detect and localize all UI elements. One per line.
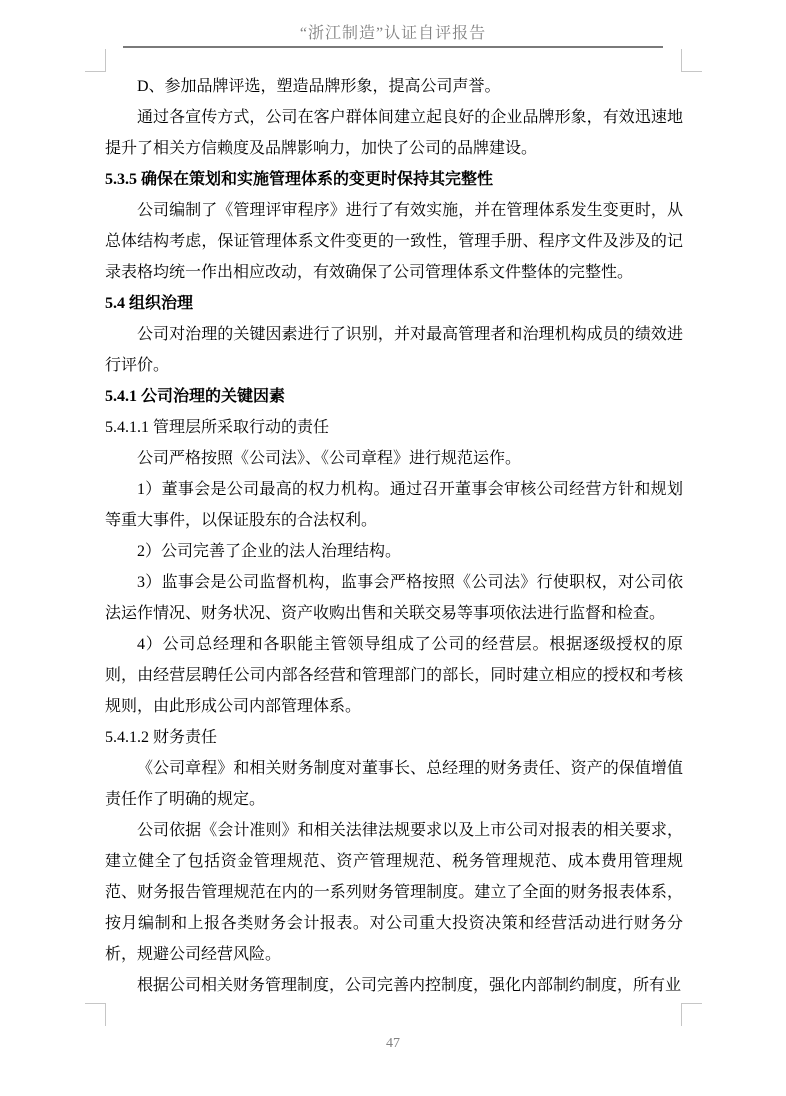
page-header: “浙江制造”认证自评报告 <box>0 20 786 43</box>
crop-mark-top-right <box>681 49 702 72</box>
body-paragraph: 2）公司完善了企业的法人治理结构。 <box>105 536 683 567</box>
crop-mark-bottom-right <box>681 1003 702 1026</box>
body-paragraph: 4）公司总经理和各职能主管领导组成了公司的经营层。根据逐级授权的原则，由经营层聘… <box>105 629 683 722</box>
body-paragraph: 公司编制了《管理评审程序》进行了有效实施，并在管理体系发生变更时，从总体结构考虑… <box>105 195 683 288</box>
page-number: 47 <box>386 1036 400 1051</box>
section-heading: 5.4.1 公司治理的关键因素 <box>105 381 683 412</box>
document-body: D、参加品牌评选，塑造品牌形象，提高公司声誉。通过各宣传方式，公司在客户群体间建… <box>105 71 683 1001</box>
document-page: “浙江制造”认证自评报告 D、参加品牌评选，塑造品牌形象，提高公司声誉。通过各宣… <box>0 0 786 1096</box>
body-paragraph: 公司对治理的关键因素进行了识别，并对最高管理者和治理机构成员的绩效进行评价。 <box>105 319 683 381</box>
section-heading: 5.4.1.1 管理层所采取行动的责任 <box>105 412 683 443</box>
body-paragraph: 3）监事会是公司监督机构，监事会严格按照《公司法》行使职权，对公司依法运作情况、… <box>105 567 683 629</box>
header-rule <box>123 46 663 48</box>
body-paragraph: 根据公司相关财务管理制度，公司完善内控制度，强化内部制约制度，所有业 <box>105 970 683 1001</box>
section-heading: 5.4 组织治理 <box>105 288 683 319</box>
body-paragraph: 1）董事会是公司最高的权力机构。通过召开董事会审核公司经营方针和规划等重大事件，… <box>105 474 683 536</box>
body-paragraph: D、参加品牌评选，塑造品牌形象，提高公司声誉。 <box>105 71 683 102</box>
body-paragraph: 《公司章程》和相关财务制度对董事长、总经理的财务责任、资产的保值增值责任作了明确… <box>105 753 683 815</box>
body-paragraph: 公司严格按照《公司法》、《公司章程》进行规范运作。 <box>105 443 683 474</box>
page-footer: 47 <box>0 1036 786 1052</box>
body-paragraph: 通过各宣传方式，公司在客户群体间建立起良好的企业品牌形象，有效迅速地提升了相关方… <box>105 102 683 164</box>
header-title: “浙江制造”认证自评报告 <box>300 25 486 42</box>
crop-mark-top-left <box>85 49 106 72</box>
crop-mark-bottom-left <box>85 1003 106 1026</box>
section-heading: 5.3.5 确保在策划和实施管理体系的变更时保持其完整性 <box>105 164 683 195</box>
section-heading: 5.4.1.2 财务责任 <box>105 722 683 753</box>
body-paragraph: 公司依据《会计准则》和相关法律法规要求以及上市公司对报表的相关要求，建立健全了包… <box>105 815 683 970</box>
